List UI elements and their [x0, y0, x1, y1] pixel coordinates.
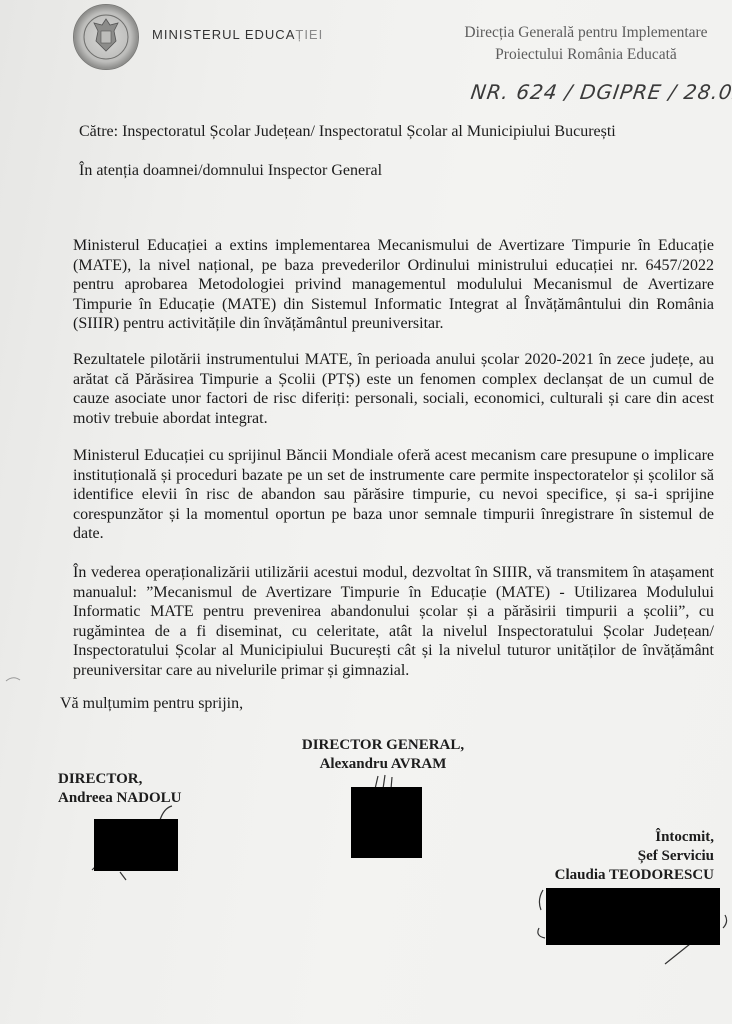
redacted-signature-prepared-by	[546, 888, 720, 945]
directorate-name: Direcția Generală pentru Implementare Pr…	[440, 22, 732, 66]
paragraph-3: Ministerul Educației cu sprijinul Băncii…	[73, 446, 714, 544]
paragraph-2: Rezultatele pilotării instrumentului MAT…	[73, 350, 714, 428]
director-general-name: Alexandru AVRAM	[300, 755, 466, 774]
registration-number: NR. 624 / DGIPRE / 28.03.2022	[469, 80, 732, 104]
addressee-attention: În atenția doamnei/domnului Inspector Ge…	[79, 162, 382, 180]
paragraph-4: În vederea operaționalizării utilizării …	[73, 563, 714, 681]
prepared-by-title: Șef Serviciu	[555, 847, 714, 866]
addressee-to: Către: Inspectoratul Școlar Județean/ In…	[79, 123, 616, 141]
directorate-line-1: Direcția Generală pentru Implementare	[440, 22, 732, 44]
director-general-title: DIRECTOR GENERAL,	[300, 736, 466, 755]
redacted-signature-director	[94, 819, 178, 871]
closing-line: Vă mulțumim pentru sprijin,	[60, 695, 243, 713]
margin-mark-icon	[5, 675, 21, 683]
director-general-block: DIRECTOR GENERAL, Alexandru AVRAM	[300, 736, 466, 774]
paragraph-1: Ministerul Educației a extins implementa…	[73, 236, 714, 334]
prepared-by-block: Întocmit, Șef Serviciu Claudia TEODORESC…	[555, 828, 714, 885]
director-title: DIRECTOR,	[58, 770, 181, 789]
redacted-signature-director-general	[351, 787, 422, 858]
directorate-line-2: Proiectului România Educată	[440, 44, 732, 66]
seal-icon	[73, 4, 139, 70]
ministry-name: MINISTERUL EDUCAȚIEI	[152, 27, 323, 42]
prepared-by-label: Întocmit,	[555, 828, 714, 847]
